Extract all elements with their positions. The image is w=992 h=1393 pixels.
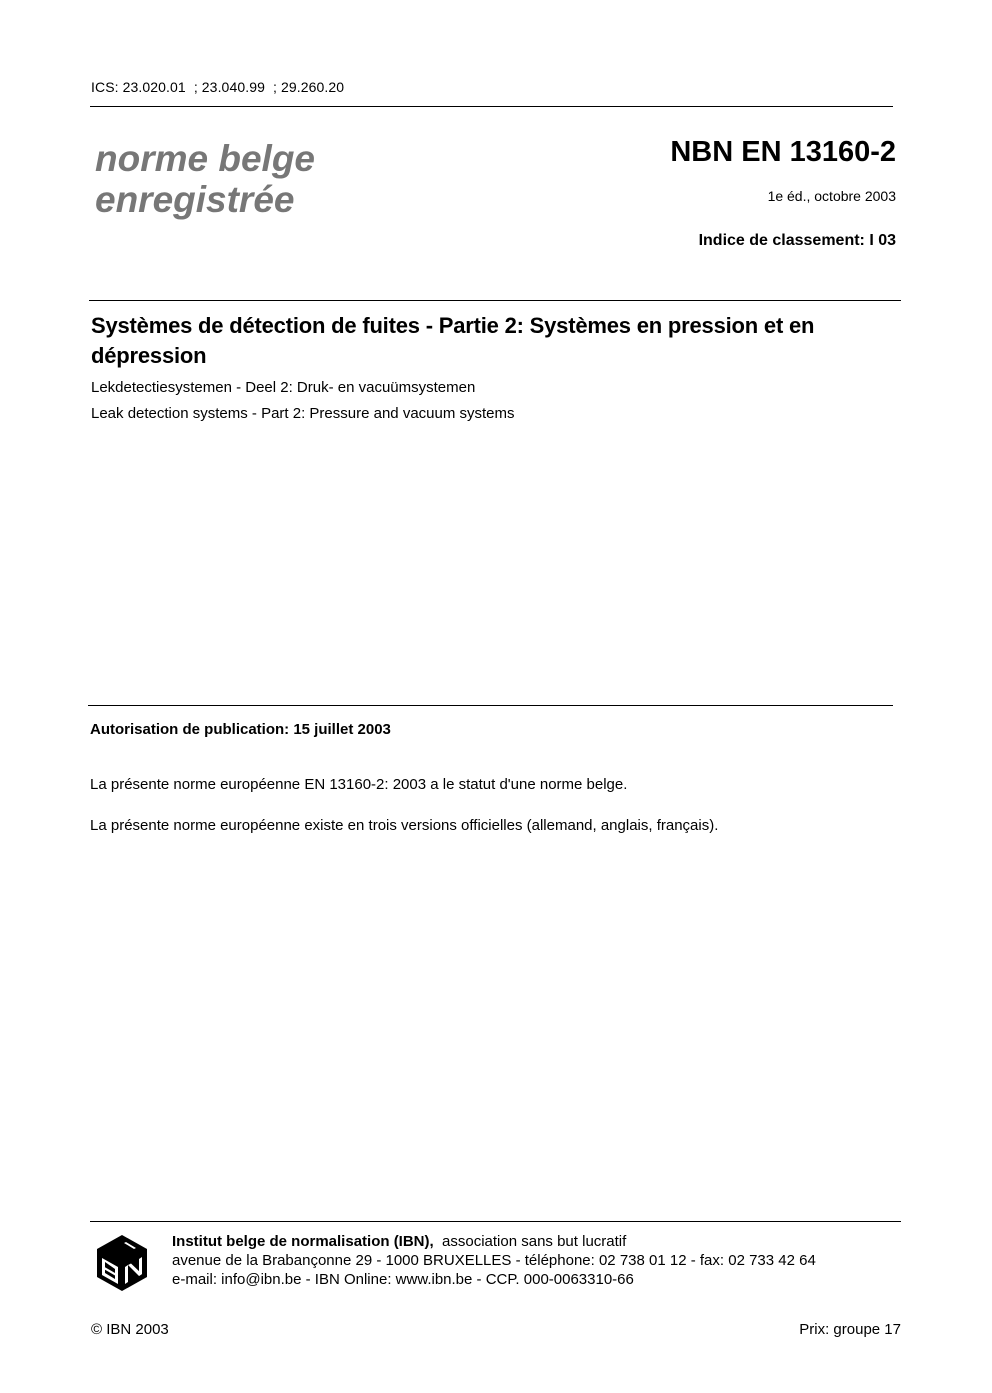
title-english: Leak detection systems - Part 2: Pressur… bbox=[91, 405, 515, 422]
institute-description: association sans but lucratif bbox=[442, 1233, 626, 1250]
versions-paragraph: La présente norme européenne existe en t… bbox=[90, 817, 718, 834]
publication-authorisation: Autorisation de publication: 15 juillet … bbox=[90, 721, 391, 738]
ics-code-2: ; 23.040.99 bbox=[194, 79, 265, 95]
standard-number: NBN EN 13160-2 bbox=[670, 136, 896, 169]
title-french: Systèmes de détection de fuites - Partie… bbox=[91, 311, 901, 371]
institute-name: Institut belge de normalisation (IBN), bbox=[172, 1233, 434, 1250]
norme-line-1: norme belge bbox=[95, 138, 315, 179]
ics-code-3: ; 29.260.20 bbox=[273, 79, 344, 95]
edition-date: 1e éd., octobre 2003 bbox=[768, 188, 896, 204]
publication-divider bbox=[88, 705, 893, 706]
classification-index: Indice de classement: I 03 bbox=[699, 232, 896, 250]
copyright: © IBN 2003 bbox=[91, 1321, 169, 1338]
header-divider bbox=[90, 106, 893, 107]
ics-label: ICS: bbox=[91, 79, 119, 95]
ics-codes: ICS: 23.020.01 ; 23.040.99 ; 29.260.20 bbox=[91, 79, 344, 95]
ics-code-1: 23.020.01 bbox=[123, 79, 186, 95]
norme-line-2: enregistrée bbox=[95, 179, 315, 220]
institute-name-line: Institut belge de normalisation (IBN), a… bbox=[172, 1233, 626, 1250]
status-paragraph: La présente norme européenne EN 13160-2:… bbox=[90, 776, 627, 793]
ibn-logo-icon bbox=[96, 1234, 148, 1292]
title-divider bbox=[89, 300, 901, 301]
institute-contact: e-mail: info@ibn.be - IBN Online: www.ib… bbox=[172, 1271, 634, 1288]
norme-belge-heading: norme belge enregistrée bbox=[95, 138, 315, 220]
footer-divider bbox=[90, 1221, 901, 1222]
price-group: Prix: groupe 17 bbox=[799, 1321, 901, 1338]
title-dutch: Lekdetectiesystemen - Deel 2: Druk- en v… bbox=[91, 379, 475, 396]
institute-address: avenue de la Brabançonne 29 - 1000 BRUXE… bbox=[172, 1252, 816, 1269]
